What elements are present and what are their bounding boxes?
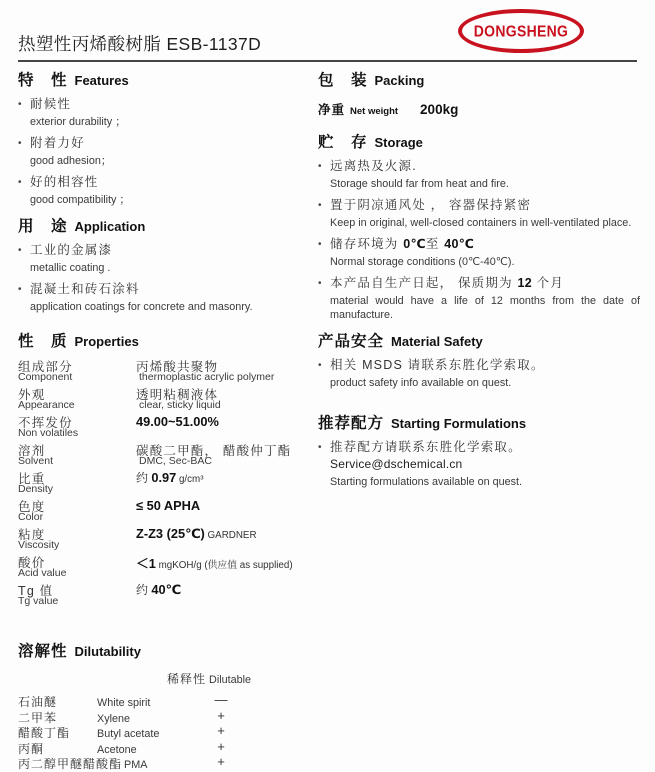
solvent-name-en: Xylene xyxy=(97,713,130,725)
bullet-text-cn: 置于阴凉通风处 ， 容器保持紧密 xyxy=(330,197,640,213)
solvent-name-cn: 醋酸丁酯 xyxy=(18,724,95,741)
bullet-text-cn: 好的相容性 xyxy=(30,174,310,190)
bullet-dot-icon: • xyxy=(318,236,330,269)
bullet-dot-icon: • xyxy=(18,242,30,275)
dilutable-value: + xyxy=(207,754,235,769)
dongsheng-logo: DONGSHENG xyxy=(458,9,584,53)
net-weight-row: 净重Net weight200kg xyxy=(318,100,640,119)
bullet-dot-icon: • xyxy=(318,158,330,191)
property-label-en: Tg value xyxy=(18,595,136,607)
bullet-item: • 好的相容性 good compatibility ； xyxy=(18,174,310,207)
bullet-body: 置于阴凉通风处 ， 容器保持紧密 Keep in original, well-… xyxy=(330,197,640,230)
formulations-heading-cn: 推荐配方 xyxy=(318,415,384,432)
bullet-item: • 储存环境为 0℃至 40℃ Normal storage condition… xyxy=(318,236,640,269)
bullet-text-cn: 耐候性 xyxy=(30,96,310,112)
dilutability-table: 石油醚White spirit — 二甲苯Xylene + 醋酸丁酯Butyl … xyxy=(18,693,318,771)
material-safety-heading-en: Material Safety xyxy=(391,334,483,349)
properties-heading: 性 质Properties xyxy=(18,329,318,351)
net-weight-label-cn: 净重 xyxy=(318,103,345,117)
storage-heading-cn: 贮 存 xyxy=(318,134,368,151)
bullet-text-cn: 推荐配方请联系东胜化学索取。 xyxy=(330,439,640,455)
bullet-dot-icon: • xyxy=(318,275,330,322)
application-heading: 用 途Application xyxy=(18,214,310,236)
page-title: 热塑性丙烯酸树脂 ESB-1137D xyxy=(18,31,261,56)
property-row: 不挥发份 49.00~51.00% Non volatiles xyxy=(18,413,318,441)
material-safety-heading-cn: 产品安全 xyxy=(318,333,384,350)
section-application: 用 途Application • 工业的金属漆 metallic coating… xyxy=(18,214,310,314)
dilutability-heading-cn: 溶解性 xyxy=(18,643,68,660)
dilutable-header-cn: 稀释性 xyxy=(167,672,206,686)
property-label-en: Density xyxy=(18,483,136,495)
formulations-heading: 推荐配方Starting Formulations xyxy=(318,411,640,433)
property-label-en: Color xyxy=(18,511,136,523)
bullet-dot-icon: • xyxy=(18,174,30,207)
section-packing: 包 装Packing 净重Net weight200kg xyxy=(318,68,640,119)
storage-heading: 贮 存Storage xyxy=(318,130,640,152)
dilutable-value: + xyxy=(207,708,235,723)
section-starting-formulations: 推荐配方Starting Formulations • 推荐配方请联系东胜化学索… xyxy=(318,411,640,489)
bullet-body: 推荐配方请联系东胜化学索取。Service@dschemical.cn Star… xyxy=(330,439,640,489)
bullet-email: Service@dschemical.cn xyxy=(330,457,640,472)
property-label-en: Appearance xyxy=(18,399,136,411)
section-material-safety: 产品安全Material Safety • 相关 MSDS 请联系东胜化学索取。… xyxy=(318,329,640,390)
dilutability-heading-en: Dilutability xyxy=(75,644,141,659)
section-features: 特 性Features • 耐候性 exterior durability ； … xyxy=(18,68,310,207)
bullet-text-cn: 工业的金属漆 xyxy=(30,242,310,258)
property-value: 49.00~51.00% xyxy=(136,413,318,431)
section-storage: 贮 存Storage • 远离热及火源. Storage should far … xyxy=(318,130,640,322)
property-value-en: DMC, Sec-BAC xyxy=(136,455,318,467)
bullet-text-en: material would have a life of 12 months … xyxy=(330,294,640,322)
bullet-item: • 本产品自生产日起， 保质期为 12 个月 material would ha… xyxy=(318,275,640,322)
property-value: 约 40℃ xyxy=(136,581,318,599)
bullet-text-en: product safety info available on quest. xyxy=(330,376,640,390)
section-properties: 性 质Properties 组成部分 丙烯酸共聚物 Component ther… xyxy=(18,329,318,609)
bullet-dot-icon: • xyxy=(18,281,30,314)
bullet-text-cn: 混凝土和砖石涂料 xyxy=(30,281,310,297)
property-label-en: Non volatiles xyxy=(18,427,136,439)
net-weight-value: 200kg xyxy=(420,102,458,117)
material-safety-heading: 产品安全Material Safety xyxy=(318,329,640,351)
bullet-text-en: Keep in original, well-closed containers… xyxy=(330,216,640,230)
bullet-dot-icon: • xyxy=(318,439,330,489)
section-dilutability: 溶解性Dilutability 稀释性Dilutable 石油醚White sp… xyxy=(18,639,318,771)
solvent-name-cn: 丙酮 xyxy=(18,740,95,757)
properties-table: 组成部分 丙烯酸共聚物 Component thermoplastic acry… xyxy=(18,357,318,609)
application-heading-cn: 用 途 xyxy=(18,218,68,235)
bullet-item: • 工业的金属漆 metallic coating . xyxy=(18,242,310,275)
bullet-dot-icon: • xyxy=(318,197,330,230)
solvent-name-en: White spirit xyxy=(97,697,150,709)
bullet-body: 远离热及火源. Storage should far from heat and… xyxy=(330,158,640,191)
logo-text: DONGSHENG xyxy=(474,22,569,40)
features-heading-cn: 特 性 xyxy=(18,72,68,89)
bullet-text-en: exterior durability ； xyxy=(30,115,310,129)
bullet-text-cn: 附着力好 xyxy=(30,135,310,151)
bullet-body: 本产品自生产日起， 保质期为 12 个月 material would have… xyxy=(330,275,640,322)
solvent-name-en: Acetone xyxy=(97,744,137,756)
property-row: 比重 约 0.97 g/cm³ Density xyxy=(18,469,318,497)
application-list: • 工业的金属漆 metallic coating . • 混凝土和砖石涂料 a… xyxy=(18,242,310,314)
dilutability-row: 丙酮Acetone + xyxy=(18,740,318,756)
dilutability-column-header: 稀释性Dilutable xyxy=(18,670,318,687)
storage-list: • 远离热及火源. Storage should far from heat a… xyxy=(318,158,640,322)
bullet-body: 附着力好 good adhesion； xyxy=(30,135,310,168)
bullet-body: 耐候性 exterior durability ； xyxy=(30,96,310,129)
dilutability-row: 丙二醇甲醚醋酸酯PMA + xyxy=(18,755,318,771)
bullet-text-en: good compatibility ； xyxy=(30,193,310,207)
bullet-body: 储存环境为 0℃至 40℃ Normal storage conditions … xyxy=(330,236,640,269)
solvent-name-en: Butyl acetate xyxy=(97,728,159,740)
bullet-text-en: Normal storage conditions (0℃-40℃). xyxy=(330,255,640,269)
property-label-en: Acid value xyxy=(18,567,136,579)
properties-heading-en: Properties xyxy=(75,334,139,349)
property-label-en: Solvent xyxy=(18,455,136,467)
bullet-item: • 远离热及火源. Storage should far from heat a… xyxy=(318,158,640,191)
bullet-text-en: metallic coating . xyxy=(30,261,310,275)
property-value-en: thermoplastic acrylic polymer xyxy=(136,371,318,383)
bullet-body: 好的相容性 good compatibility ； xyxy=(30,174,310,207)
net-weight-label-en: Net weight xyxy=(350,106,398,117)
bullet-dot-icon: • xyxy=(318,357,330,390)
solvent-name-cn: 二甲苯 xyxy=(18,709,95,726)
bullet-item: • 耐候性 exterior durability ； xyxy=(18,96,310,129)
bullet-text-en: Starting formulations available on quest… xyxy=(330,475,640,489)
dilutable-value: + xyxy=(207,723,235,738)
property-value: ≤ 50 APHA xyxy=(136,497,318,515)
property-row: 组成部分 丙烯酸共聚物 Component thermoplastic acry… xyxy=(18,357,318,385)
bullet-body: 工业的金属漆 metallic coating . xyxy=(30,242,310,275)
bullet-text-cn: 远离热及火源. xyxy=(330,158,640,174)
property-label-en: Viscosity xyxy=(18,539,136,551)
bullet-item: • 推荐配方请联系东胜化学索取。Service@dschemical.cn St… xyxy=(318,439,640,489)
dilutability-row: 二甲苯Xylene + xyxy=(18,709,318,725)
features-heading-en: Features xyxy=(75,73,129,88)
bullet-text-cn: 储存环境为 0℃至 40℃ xyxy=(330,236,640,252)
property-row: 色度 ≤ 50 APHA Color xyxy=(18,497,318,525)
bullet-text-en: Storage should far from heat and fire. xyxy=(330,177,640,191)
bullet-dot-icon: • xyxy=(18,135,30,168)
bullet-text-cn: 本产品自生产日起， 保质期为 12 个月 xyxy=(330,275,640,291)
bullet-text-cn: 相关 MSDS 请联系东胜化学索取。 xyxy=(330,357,640,373)
storage-heading-en: Storage xyxy=(375,135,423,150)
dilutability-row: 石油醚White spirit — xyxy=(18,693,318,709)
features-heading: 特 性Features xyxy=(18,68,310,90)
header-divider xyxy=(18,60,637,62)
bullet-item: • 附着力好 good adhesion； xyxy=(18,135,310,168)
bullet-item: • 置于阴凉通风处 ， 容器保持紧密 Keep in original, wel… xyxy=(318,197,640,230)
formulations-list: • 推荐配方请联系东胜化学索取。Service@dschemical.cn St… xyxy=(318,439,640,489)
property-row: 外观 透明粘稠液体 Appearance clear, sticky liqui… xyxy=(18,385,318,413)
property-value: 约 0.97 g/cm³ xyxy=(136,469,318,487)
property-row: 酸价 ＜1 mgKOH/g (供应值 as supplied) Acid val… xyxy=(18,553,318,581)
property-row: 粘度 Z-Z3 (25℃) GARDNER Viscosity xyxy=(18,525,318,553)
property-row: Tg 值 约 40℃ Tg value xyxy=(18,581,318,609)
packing-heading-en: Packing xyxy=(375,73,425,88)
property-row: 溶剂 碳酸二甲酯， 醋酸仲丁酯 Solvent DMC, Sec-BAC xyxy=(18,441,318,469)
solvent-name-en: PMA xyxy=(124,759,147,771)
features-list: • 耐候性 exterior durability ； • 附着力好 good … xyxy=(18,96,310,207)
packing-heading: 包 装Packing xyxy=(318,68,640,90)
dilutable-value: + xyxy=(207,739,235,754)
dilutable-value: — xyxy=(207,692,235,707)
application-heading-en: Application xyxy=(75,219,146,234)
packing-heading-cn: 包 装 xyxy=(318,72,368,89)
dilutability-row: 醋酸丁酯Butyl acetate + xyxy=(18,724,318,740)
property-value: Z-Z3 (25℃) GARDNER xyxy=(136,525,318,543)
bullet-body: 相关 MSDS 请联系东胜化学索取。 product safety info a… xyxy=(330,357,640,390)
property-value-en: clear, sticky liquid xyxy=(136,399,318,411)
formulations-heading-en: Starting Formulations xyxy=(391,416,526,431)
datasheet-page: 热塑性丙烯酸树脂 ESB-1137D DONGSHENG 特 性Features… xyxy=(0,0,655,772)
solvent-name-cn: 石油醚 xyxy=(18,693,95,710)
solvent-name-cn: 丙二醇甲醚醋酸酯 xyxy=(18,755,122,772)
property-value: ＜1 mgKOH/g (供应值 as supplied) xyxy=(136,553,318,573)
dilutable-header-en: Dilutable xyxy=(209,674,251,686)
material-safety-list: • 相关 MSDS 请联系东胜化学索取。 product safety info… xyxy=(318,357,640,390)
bullet-item: • 相关 MSDS 请联系东胜化学索取。 product safety info… xyxy=(318,357,640,390)
bullet-text-en: good adhesion； xyxy=(30,154,310,168)
bullet-item: • 混凝土和砖石涂料 application coatings for conc… xyxy=(18,281,310,314)
bullet-dot-icon: • xyxy=(18,96,30,129)
bullet-body: 混凝土和砖石涂料 application coatings for concre… xyxy=(30,281,310,314)
dilutability-heading: 溶解性Dilutability xyxy=(18,639,318,661)
bullet-text-en: application coatings for concrete and ma… xyxy=(30,300,310,314)
property-label-en: Component xyxy=(18,371,136,383)
properties-heading-cn: 性 质 xyxy=(18,333,68,350)
